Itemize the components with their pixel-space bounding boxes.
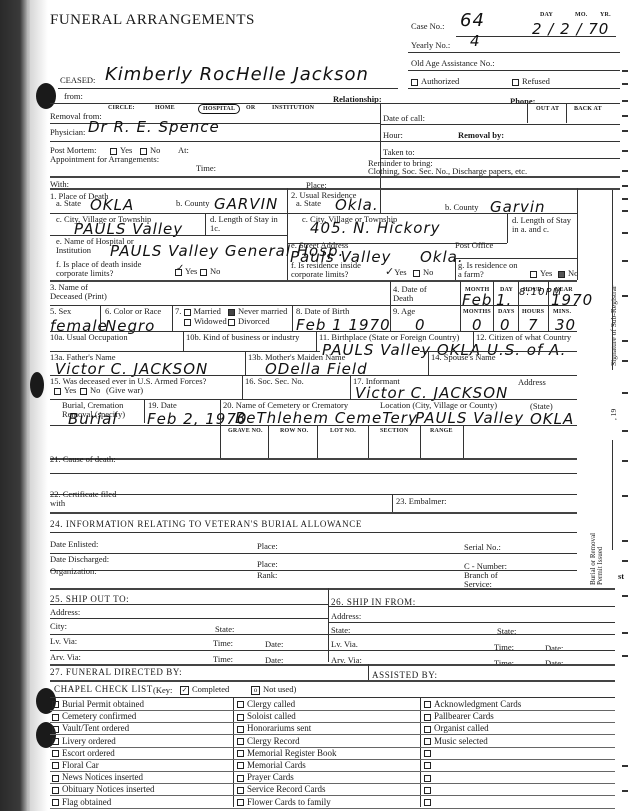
permit-issued-label: Burial or Removal Permit Issued bbox=[590, 525, 604, 585]
checklist-item[interactable]: Vault/Tent ordered bbox=[52, 723, 129, 733]
row-no-label: ROW NO. bbox=[280, 428, 308, 434]
death-day-value[interactable]: 1. bbox=[496, 291, 512, 309]
checkbox-icon bbox=[237, 726, 244, 733]
back-at-label: BACK AT bbox=[574, 106, 602, 112]
checklist-item[interactable]: Burial Permit obtained bbox=[52, 699, 144, 709]
date-of-death-label: 4. Date of Death bbox=[393, 285, 438, 303]
ship-out-state-label: State: bbox=[215, 625, 234, 634]
checklist-item-label: Music selected bbox=[434, 736, 488, 746]
checklist-item-label: Prayer Cards bbox=[247, 772, 294, 782]
days-label: DAYS bbox=[498, 309, 515, 315]
checklist-item[interactable]: Escort ordered bbox=[52, 748, 115, 758]
range-label: RANGE bbox=[430, 428, 453, 434]
ship-out-address-label: Address: bbox=[50, 608, 80, 617]
sub-registrar-signature-label: Signature of Sub-Registrar bbox=[609, 286, 618, 366]
checkbox-icon bbox=[52, 738, 59, 745]
checklist-item-label: Acknowledgment Cards bbox=[434, 699, 521, 709]
race-label: 6. Color or Race bbox=[105, 307, 161, 316]
lot-no-label: LOT NO. bbox=[330, 428, 356, 434]
checkbox-icon bbox=[52, 714, 59, 721]
or-label: OR bbox=[246, 105, 255, 111]
checkbox-icon bbox=[184, 309, 191, 316]
checklist-item-label: Memorial Cards bbox=[247, 760, 306, 770]
checklist-item-label: Pallbearer Cards bbox=[434, 711, 494, 721]
old-age-label: Old Age Assistance No.: bbox=[411, 59, 495, 68]
punch-hole bbox=[36, 83, 56, 109]
checkbox-icon bbox=[530, 271, 537, 278]
pod-corporate-label: f. Is place of death inside corporate li… bbox=[56, 260, 156, 278]
scan-binding-edge bbox=[0, 0, 30, 811]
name-print-label: 3. Name of Deceased (Print) bbox=[50, 283, 110, 301]
checklist-item[interactable]: Honorariums sent bbox=[237, 723, 311, 733]
checklist-item-label: Livery ordered bbox=[62, 736, 116, 746]
res-corporate-no-checkbox[interactable]: No bbox=[413, 268, 433, 277]
ship-out-lv-via-label: Lv. Via: bbox=[50, 637, 77, 646]
branch-of-service-label: Branch of Service: bbox=[464, 571, 509, 589]
key-completed: ✓Completed bbox=[180, 685, 229, 695]
citizen-value[interactable]: U.S. of A. bbox=[487, 341, 566, 359]
case-no-label: Case No.: bbox=[411, 22, 445, 31]
pod-county-value[interactable]: GARVIN bbox=[214, 195, 278, 213]
checklist-item-label: News Notices inserted bbox=[62, 772, 143, 782]
date-day-label: DAY bbox=[540, 12, 553, 18]
checklist-item-label: Clergy Record bbox=[247, 736, 300, 746]
checklist-item-label: Obituary Notices inserted bbox=[62, 784, 154, 794]
checkmark-icon: ✓ bbox=[180, 686, 189, 695]
ship-out-arv-time-label: Time: bbox=[213, 655, 233, 664]
physician-value[interactable]: Dr R. E. Spence bbox=[88, 118, 220, 136]
ssn-label: 16. Soc. Sec. No. bbox=[245, 377, 304, 386]
checkbox-icon bbox=[237, 738, 244, 745]
yes-label: Yes bbox=[540, 268, 552, 278]
ship-out-lv-date-label: Date: bbox=[265, 640, 283, 649]
key-label: (Key: bbox=[153, 686, 172, 695]
date-discharged-label: Date Discharged: bbox=[50, 555, 109, 564]
pod-stay-label: d. Length of Stay in 1c. bbox=[210, 215, 280, 233]
widowed-checkbox[interactable]: Widowed bbox=[184, 317, 227, 326]
form-title: FUNERAL ARRANGEMENTS bbox=[50, 12, 255, 29]
checkbox-icon bbox=[424, 799, 431, 806]
res-corporate-yes-checkbox[interactable]: ✓Yes bbox=[385, 268, 407, 277]
ship-out-arv-via-label: Arv. Via: bbox=[50, 653, 81, 662]
checkbox-icon bbox=[424, 775, 431, 782]
hour-label: Hour: bbox=[383, 131, 403, 140]
checkmark-icon: ✓ bbox=[175, 269, 182, 276]
rank-label: Rank: bbox=[257, 571, 277, 580]
section-label: SECTION bbox=[380, 428, 408, 434]
checklist-item[interactable]: Memorial Cards bbox=[237, 760, 306, 770]
checklist-item[interactable]: Music selected bbox=[424, 736, 488, 746]
checklist-item[interactable]: Clergy Record bbox=[237, 736, 300, 746]
checkbox-icon bbox=[237, 799, 244, 806]
checked-box-icon bbox=[228, 309, 235, 316]
checklist-item[interactable] bbox=[424, 772, 434, 782]
appointment-label: Appointment for Arrangements: bbox=[50, 155, 159, 164]
checkbox-icon bbox=[54, 388, 61, 395]
physician-label: Physician: bbox=[50, 128, 85, 137]
ship-out-title: 25. SHIP OUT TO: bbox=[50, 594, 129, 604]
checkbox-icon bbox=[200, 269, 207, 276]
checkbox-icon bbox=[237, 775, 244, 782]
mins-label: MINS. bbox=[553, 309, 571, 315]
checkbox-icon bbox=[52, 750, 59, 757]
pod-state-label: a. State bbox=[56, 199, 81, 208]
res-corporate-label: f. Is residence inside corporate limits? bbox=[291, 261, 376, 279]
burial-date-label: 19. Date bbox=[148, 401, 177, 410]
yes-label: Yes bbox=[185, 266, 197, 276]
death-year-value[interactable]: 1970 bbox=[551, 291, 593, 309]
ship-out-city-label: City: bbox=[50, 622, 67, 631]
pod-county-label: b. County bbox=[176, 199, 210, 208]
checkbox-icon bbox=[52, 701, 59, 708]
checkbox-icon bbox=[424, 701, 431, 708]
checkbox-icon bbox=[52, 787, 59, 794]
at-label: At: bbox=[178, 146, 189, 155]
checklist-item[interactable]: Pallbearer Cards bbox=[424, 711, 494, 721]
pod-corporate-yes-checkbox[interactable]: ✓Yes bbox=[175, 267, 197, 276]
punch-hole bbox=[30, 372, 44, 398]
checklist-item[interactable]: Prayer Cards bbox=[237, 772, 294, 782]
checkbox-icon bbox=[52, 762, 59, 769]
phone-label: Phone: bbox=[510, 97, 536, 106]
yearly-no-value[interactable]: 4 bbox=[470, 32, 481, 50]
checklist-item[interactable]: Flag obtained bbox=[52, 797, 111, 807]
checklist-item-label: Vault/Tent ordered bbox=[62, 723, 129, 733]
date-yr-label: YR. bbox=[600, 12, 611, 18]
veteran-section-title: 24. INFORMATION RELATING TO VETERAN'S BU… bbox=[50, 519, 362, 529]
checkmark-icon: ✓ bbox=[385, 266, 394, 278]
checklist-item[interactable]: Floral Car bbox=[52, 760, 99, 770]
assisted-by-label: ASSISTED BY: bbox=[372, 670, 438, 680]
checkbox-icon bbox=[228, 319, 235, 326]
no-label: No bbox=[423, 267, 433, 277]
from-label: from: bbox=[64, 92, 83, 101]
checkbox-icon bbox=[424, 738, 431, 745]
spouse-label: 14. Spouse's Name bbox=[431, 353, 496, 362]
age-label: 9. Age bbox=[393, 307, 415, 316]
out-at-label: OUT AT bbox=[536, 106, 559, 112]
completed-label: Completed bbox=[192, 684, 229, 694]
checkbox-icon bbox=[80, 388, 87, 395]
checkbox-icon bbox=[237, 714, 244, 721]
checklist-item-label: Organist called bbox=[434, 723, 489, 733]
deceased-label: CEASED: bbox=[60, 76, 95, 85]
checklist-item-label: Service Record Cards bbox=[247, 784, 325, 794]
never-married-label: Never married bbox=[238, 306, 287, 316]
armed-yes-checkbox[interactable]: Yes bbox=[54, 386, 76, 395]
deceased-name[interactable]: Kimberly RocHelle Jackson bbox=[105, 64, 369, 85]
checkbox-icon bbox=[424, 714, 431, 721]
yes-label: Yes bbox=[64, 385, 76, 395]
side-st-label: st bbox=[618, 572, 624, 581]
circle-label: CIRCLE: bbox=[108, 105, 135, 111]
certificate-filed-label: 22. Certificate filed with bbox=[50, 490, 130, 508]
date-enlisted-label: Date Enlisted: bbox=[50, 540, 98, 549]
hours-label: HOURS bbox=[522, 309, 544, 315]
checklist-item-label: Cemetery confirmed bbox=[62, 711, 136, 721]
removal-by-label: Removal by: bbox=[458, 131, 504, 140]
checkbox-icon bbox=[237, 762, 244, 769]
checklist-item-label: Flag obtained bbox=[62, 797, 111, 807]
taken-to-label: Taken to: bbox=[383, 148, 415, 157]
enlisted-place-label: Place: bbox=[257, 542, 278, 551]
date-of-call-label: Date of call: bbox=[383, 114, 425, 123]
marital-prefix: 7. bbox=[175, 306, 181, 316]
res-farm-yes-checkbox[interactable]: Yes bbox=[530, 269, 552, 278]
no-label: No bbox=[210, 266, 220, 276]
res-farm-label: g. Is residence on a farm? bbox=[458, 261, 518, 279]
res-state-label: a. State bbox=[296, 199, 321, 208]
checkbox-icon bbox=[413, 270, 420, 277]
no-label: No bbox=[90, 385, 100, 395]
removal-hospital-option[interactable]: HOSPITAL bbox=[198, 104, 240, 114]
checklist-item[interactable]: Livery ordered bbox=[52, 736, 116, 746]
divorced-label: Divorced bbox=[238, 316, 270, 326]
dob-label: 8. Date of Birth bbox=[296, 307, 349, 316]
res-farm-no-checkbox[interactable]: No bbox=[558, 269, 578, 278]
authorized-label: Authorized bbox=[421, 76, 459, 86]
widowed-label: Widowed bbox=[194, 316, 227, 326]
checklist-item-label: Flower Cards to family bbox=[247, 797, 331, 807]
married-label: Married bbox=[194, 306, 221, 316]
checklist-item-label: Escort ordered bbox=[62, 748, 115, 758]
res-county-label: b. County bbox=[445, 203, 479, 212]
case-no-value[interactable]: 64 bbox=[460, 10, 485, 31]
yearly-no-label: Yearly No.: bbox=[411, 41, 450, 50]
checkbox-icon bbox=[424, 750, 431, 757]
checklist-item[interactable] bbox=[424, 784, 434, 794]
checklist-item[interactable]: Flower Cards to family bbox=[237, 797, 331, 807]
checkbox-icon bbox=[411, 79, 418, 86]
checklist-item-label: Clergy called bbox=[247, 699, 295, 709]
checklist-item[interactable]: Service Record Cards bbox=[237, 784, 325, 794]
checkbox-icon bbox=[424, 726, 431, 733]
checklist-item[interactable]: Memorial Register Book bbox=[237, 748, 337, 758]
refused-checkbox[interactable]: Refused bbox=[512, 77, 550, 86]
funeral-directed-by-label: 27. FUNERAL DIRECTED BY: bbox=[50, 667, 182, 677]
checklist-item-label: Memorial Register Book bbox=[247, 748, 337, 758]
checkbox-icon bbox=[52, 799, 59, 806]
yes-label: Yes bbox=[394, 267, 406, 277]
checklist-item[interactable]: News Notices inserted bbox=[52, 772, 143, 782]
checkbox-icon bbox=[424, 787, 431, 794]
give-war-label: (Give war) bbox=[106, 386, 143, 395]
checklist-item[interactable] bbox=[424, 748, 434, 758]
res-city-value[interactable]: 405. N. Hickory bbox=[310, 219, 441, 237]
embalmer-label: 23. Embalmer: bbox=[396, 497, 447, 506]
checkbox-icon bbox=[424, 762, 431, 769]
removal-home-option[interactable]: HOME bbox=[155, 105, 175, 111]
checkbox-icon bbox=[237, 701, 244, 708]
checkbox-icon bbox=[52, 775, 59, 782]
checkbox-icon bbox=[237, 787, 244, 794]
armed-no-checkbox[interactable]: No bbox=[80, 386, 100, 395]
circle-icon: o bbox=[251, 686, 260, 695]
ship-in-lv-via-label: Lv. Via. bbox=[331, 640, 358, 649]
year-19-label: , 19 bbox=[609, 409, 618, 420]
married-checkbox[interactable]: 7. Married bbox=[175, 307, 221, 316]
checkbox-icon bbox=[184, 319, 191, 326]
checklist-item[interactable]: Clergy called bbox=[237, 699, 295, 709]
checkbox-icon bbox=[237, 750, 244, 757]
reminder-text: Clothing, Soc. Sec. No., Discharge paper… bbox=[368, 167, 527, 176]
checklist-item-label: Honorariums sent bbox=[247, 723, 311, 733]
ship-in-address-label: Address: bbox=[331, 612, 361, 621]
occupation-label: 10a. Usual Occupation bbox=[50, 333, 128, 342]
res-stay-label: d. Length of Stay in a. and c. bbox=[512, 216, 576, 234]
never-married-checkbox[interactable]: Never married bbox=[228, 307, 287, 316]
checklist-item[interactable]: Cemetery confirmed bbox=[52, 711, 136, 721]
removal-institution-option[interactable]: INSTITUTION bbox=[272, 105, 314, 111]
checklist-item[interactable] bbox=[424, 797, 434, 807]
death-month-value[interactable]: Feb bbox=[462, 291, 492, 309]
checked-box-icon bbox=[558, 271, 565, 278]
sex-label: 5. Sex bbox=[50, 307, 71, 316]
date-mo-label: MO. bbox=[575, 12, 587, 18]
res-state-value[interactable]: Okla. bbox=[335, 196, 379, 214]
checklist-item[interactable] bbox=[424, 760, 434, 770]
refused-label: Refused bbox=[522, 76, 550, 86]
not-used-label: Not used) bbox=[263, 684, 296, 694]
checkbox-icon bbox=[52, 726, 59, 733]
divorced-checkbox[interactable]: Divorced bbox=[228, 317, 270, 326]
ship-in-lv-date-label: Date: bbox=[545, 644, 563, 653]
pod-state-value[interactable]: OKLA bbox=[90, 196, 134, 214]
ship-out-lv-time-label: Time: bbox=[213, 639, 233, 648]
checklist-item[interactable]: Organist called bbox=[424, 723, 489, 733]
grave-no-label: GRAVE NO. bbox=[228, 428, 263, 434]
authorized-checkbox[interactable]: Authorized bbox=[411, 77, 459, 86]
key-not-used: oNot used) bbox=[251, 685, 296, 695]
serial-no-label: Serial No.: bbox=[464, 543, 501, 552]
checklist-item[interactable]: Acknowledgment Cards bbox=[424, 699, 521, 709]
checkbox-icon bbox=[512, 79, 519, 86]
checklist-item-label: Floral Car bbox=[62, 760, 99, 770]
discharged-place-label: Place: bbox=[257, 560, 278, 569]
months-label: MONTHS bbox=[463, 309, 491, 315]
checklist-item-label: Soloist called bbox=[247, 711, 296, 721]
chapel-checklist-title: CHAPEL CHECK LIST bbox=[54, 684, 153, 694]
informant-address-label: Address bbox=[518, 378, 546, 387]
time-label: Time: bbox=[196, 164, 216, 173]
cause-of-death-label: 21. Cause of death: bbox=[50, 455, 116, 464]
checklist-item-label: Burial Permit obtained bbox=[62, 699, 144, 709]
organization-label: Organization: bbox=[50, 567, 97, 576]
checklist-item[interactable]: Soloist called bbox=[237, 711, 296, 721]
business-label: 10b. Kind of business or industry bbox=[186, 333, 299, 342]
pod-corporate-no-checkbox[interactable]: No bbox=[200, 267, 220, 276]
checklist-item[interactable]: Obituary Notices inserted bbox=[52, 784, 154, 794]
